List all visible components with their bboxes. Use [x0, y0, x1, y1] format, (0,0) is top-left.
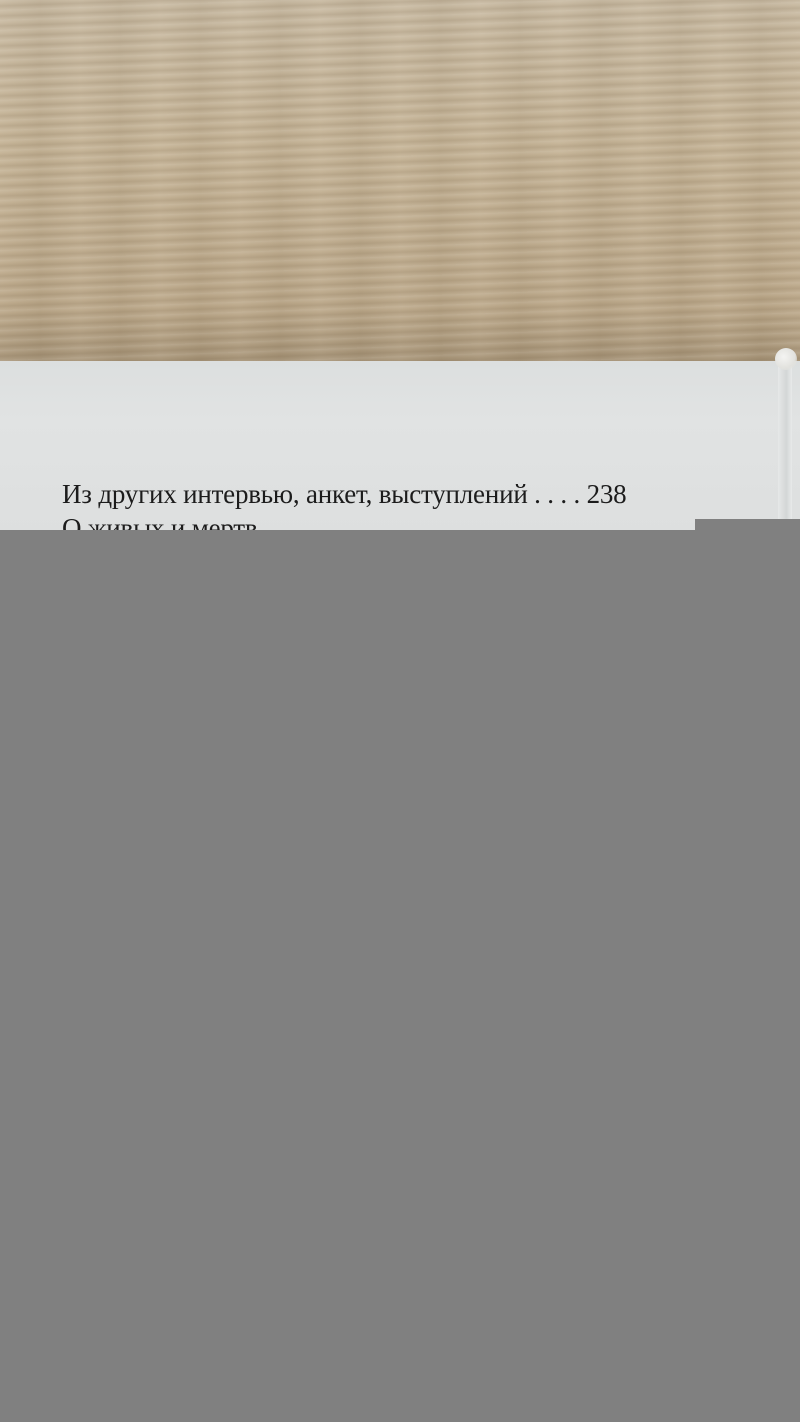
- toc-entry-page: 238: [587, 479, 627, 509]
- page-edge: [778, 366, 792, 526]
- page-corner: [775, 348, 797, 370]
- toc-entry-title: Из других интервью, анкет, выступлений: [62, 479, 528, 509]
- redaction-overlay-step: [695, 519, 800, 539]
- redaction-overlay: [0, 530, 800, 1422]
- toc-entry-leader: . . . .: [534, 479, 580, 509]
- wooden-table-background: [0, 0, 800, 362]
- toc-entry: Из других интервью, анкет, выступлений .…: [62, 479, 626, 510]
